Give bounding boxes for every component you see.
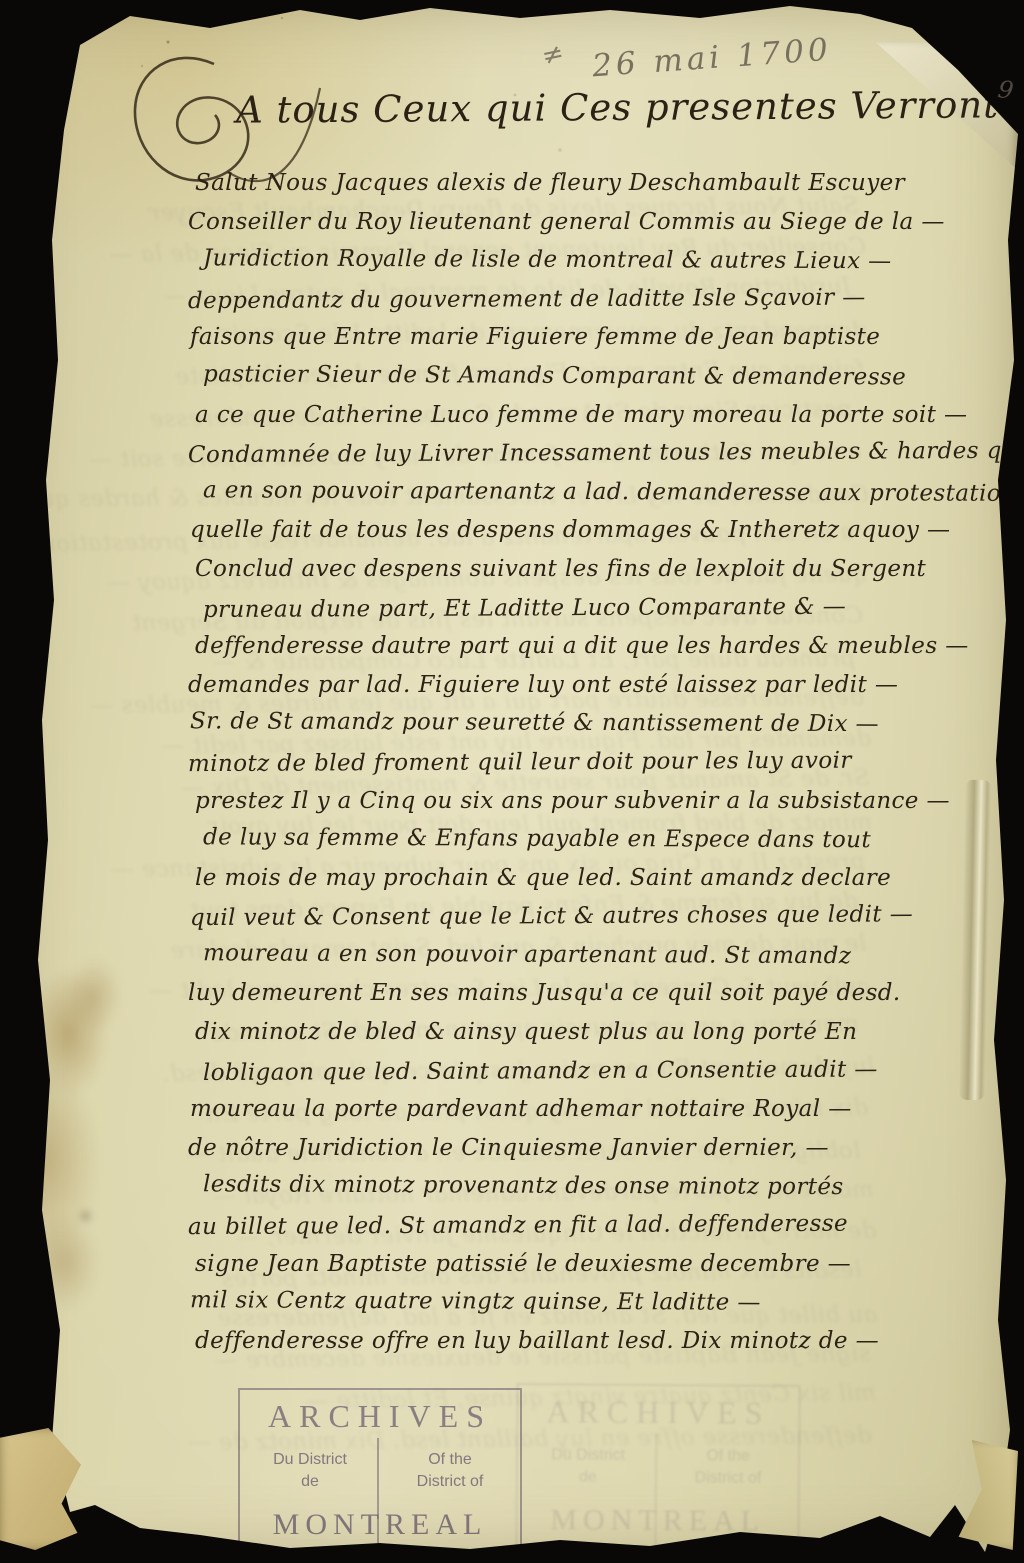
manuscript-line: faisons que Entre marie Figuiere femme d… [188, 318, 1000, 357]
manuscript-line: minotz de bled froment quil leur doit po… [188, 741, 1000, 784]
manuscript-line: mil six Centz quatre vingtz quinse, Et l… [188, 1281, 1000, 1323]
manuscript-line: demandes par lad. Figuiere luy ont esté … [188, 666, 1000, 705]
ghost-english-line2: District of [658, 1467, 798, 1490]
manuscript-line: lesdits dix minotz provenantz des onse m… [188, 1166, 1000, 1208]
manuscript-line: quelle fait de tous les despens dommages… [188, 511, 1000, 550]
manuscript-line: Condamnée de luy Livrer Incessament tous… [188, 432, 1000, 475]
stamp-english-cell: Of the District of [380, 1449, 520, 1492]
manuscript-line: deppendantz du gouvernement de laditte I… [188, 278, 1000, 321]
manuscript-line: le mois de may prochain & que led. Saint… [188, 859, 1000, 898]
manuscript-line: a en son pouvoir apartenantz a lad. dema… [188, 471, 1000, 513]
document-heading: A tous Ceux qui Ces presentes Verront [236, 83, 1006, 131]
stamp-french-line2: de [240, 1471, 380, 1493]
manuscript-line: Salut Nous Jacques alexis de fleury Desc… [188, 164, 1000, 203]
manuscript-line: Conclud avec despens suivant les fins de… [188, 550, 1000, 589]
manuscript-line: quil veut & Consent que le Lict & autres… [188, 895, 1000, 938]
stamp-french-cell: Du District de [240, 1449, 380, 1492]
manuscript-line: de nôtre Juridiction le Cinquiesme Janvi… [188, 1129, 1000, 1168]
manuscript-line: Sr. de St amandz pour seuretté & nantiss… [188, 703, 1000, 745]
ghost-french-line2: de [518, 1466, 658, 1489]
stamp-english-line1: Of the [380, 1449, 520, 1471]
manuscript-line: a ce que Catherine Luco femme de mary mo… [188, 396, 1000, 435]
manuscript-text-layer: Salut Nous Jacques alexis de fleury Desc… [188, 164, 1000, 1360]
manuscript-line: deffenderesse offre en luy baillant lesd… [188, 1322, 1000, 1361]
manuscript-line: dix minotz de bled & ainsy quest plus au… [188, 1013, 1000, 1052]
manuscript-line: moureau a en son pouvoir apartenant aud.… [188, 934, 1000, 976]
ink-stain [0, 950, 162, 1330]
manuscript-line: de luy sa femme & Enfans payable en Espe… [188, 818, 1000, 860]
ghost-french-line1: Du District [518, 1444, 658, 1467]
ghost-stamp-french-cell: Du District de [518, 1444, 658, 1488]
manuscript-line: pruneau dune part, Et Laditte Luco Compa… [188, 586, 1000, 629]
stamp-french-line1: Du District [240, 1449, 380, 1471]
paper-sheet: Salut Nous Jacques alexis de fleury Desc… [0, 0, 1024, 1563]
margin-pencil-mark: 9 [996, 75, 1015, 105]
ghost-stamp-title: ARCHIVES [518, 1385, 798, 1432]
manuscript-line: deffenderesse dautre part qui a dit que … [188, 627, 1000, 666]
ghost-english-line1: Of the [658, 1445, 798, 1468]
scanned-manuscript-page: Salut Nous Jacques alexis de fleury Desc… [0, 0, 1024, 1563]
archives-stamp: ARCHIVES Du District de Of the District … [238, 1388, 522, 1563]
manuscript-line: Juridiction Royalle de lisle de montreal… [188, 239, 1000, 281]
stamp-title: ARCHIVES [240, 1390, 520, 1435]
archives-stamp-ghost: ARCHIVES Du District de Of the District … [515, 1383, 800, 1563]
manuscript-line: pasticier Sieur de St Amands Comparant &… [188, 355, 1000, 397]
manuscript-line: Conseiller du Roy lieutenant general Com… [188, 203, 1000, 242]
ghost-stamp-city: MONTREAL [518, 1503, 798, 1539]
manuscript-line: au billet que led. St amandz en fit a la… [188, 1204, 1000, 1247]
manuscript-line: signe Jean Baptiste patissié le deuxiesm… [188, 1245, 1000, 1284]
manuscript-line: moureau la porte pardevant adhemar notta… [188, 1090, 1000, 1129]
manuscript-line: prestez Il y a Cinq ou six ans pour subv… [188, 782, 1000, 821]
manuscript-line: lobligaon que led. Saint amandz en a Con… [188, 1050, 1000, 1093]
stamp-english-line2: District of [380, 1471, 520, 1493]
ghost-stamp-english-cell: Of the District of [658, 1445, 798, 1489]
manuscript-line: luy demeurent En ses mains Jusqu'a ce qu… [188, 974, 1000, 1013]
stamp-city: MONTREAL [240, 1508, 520, 1542]
